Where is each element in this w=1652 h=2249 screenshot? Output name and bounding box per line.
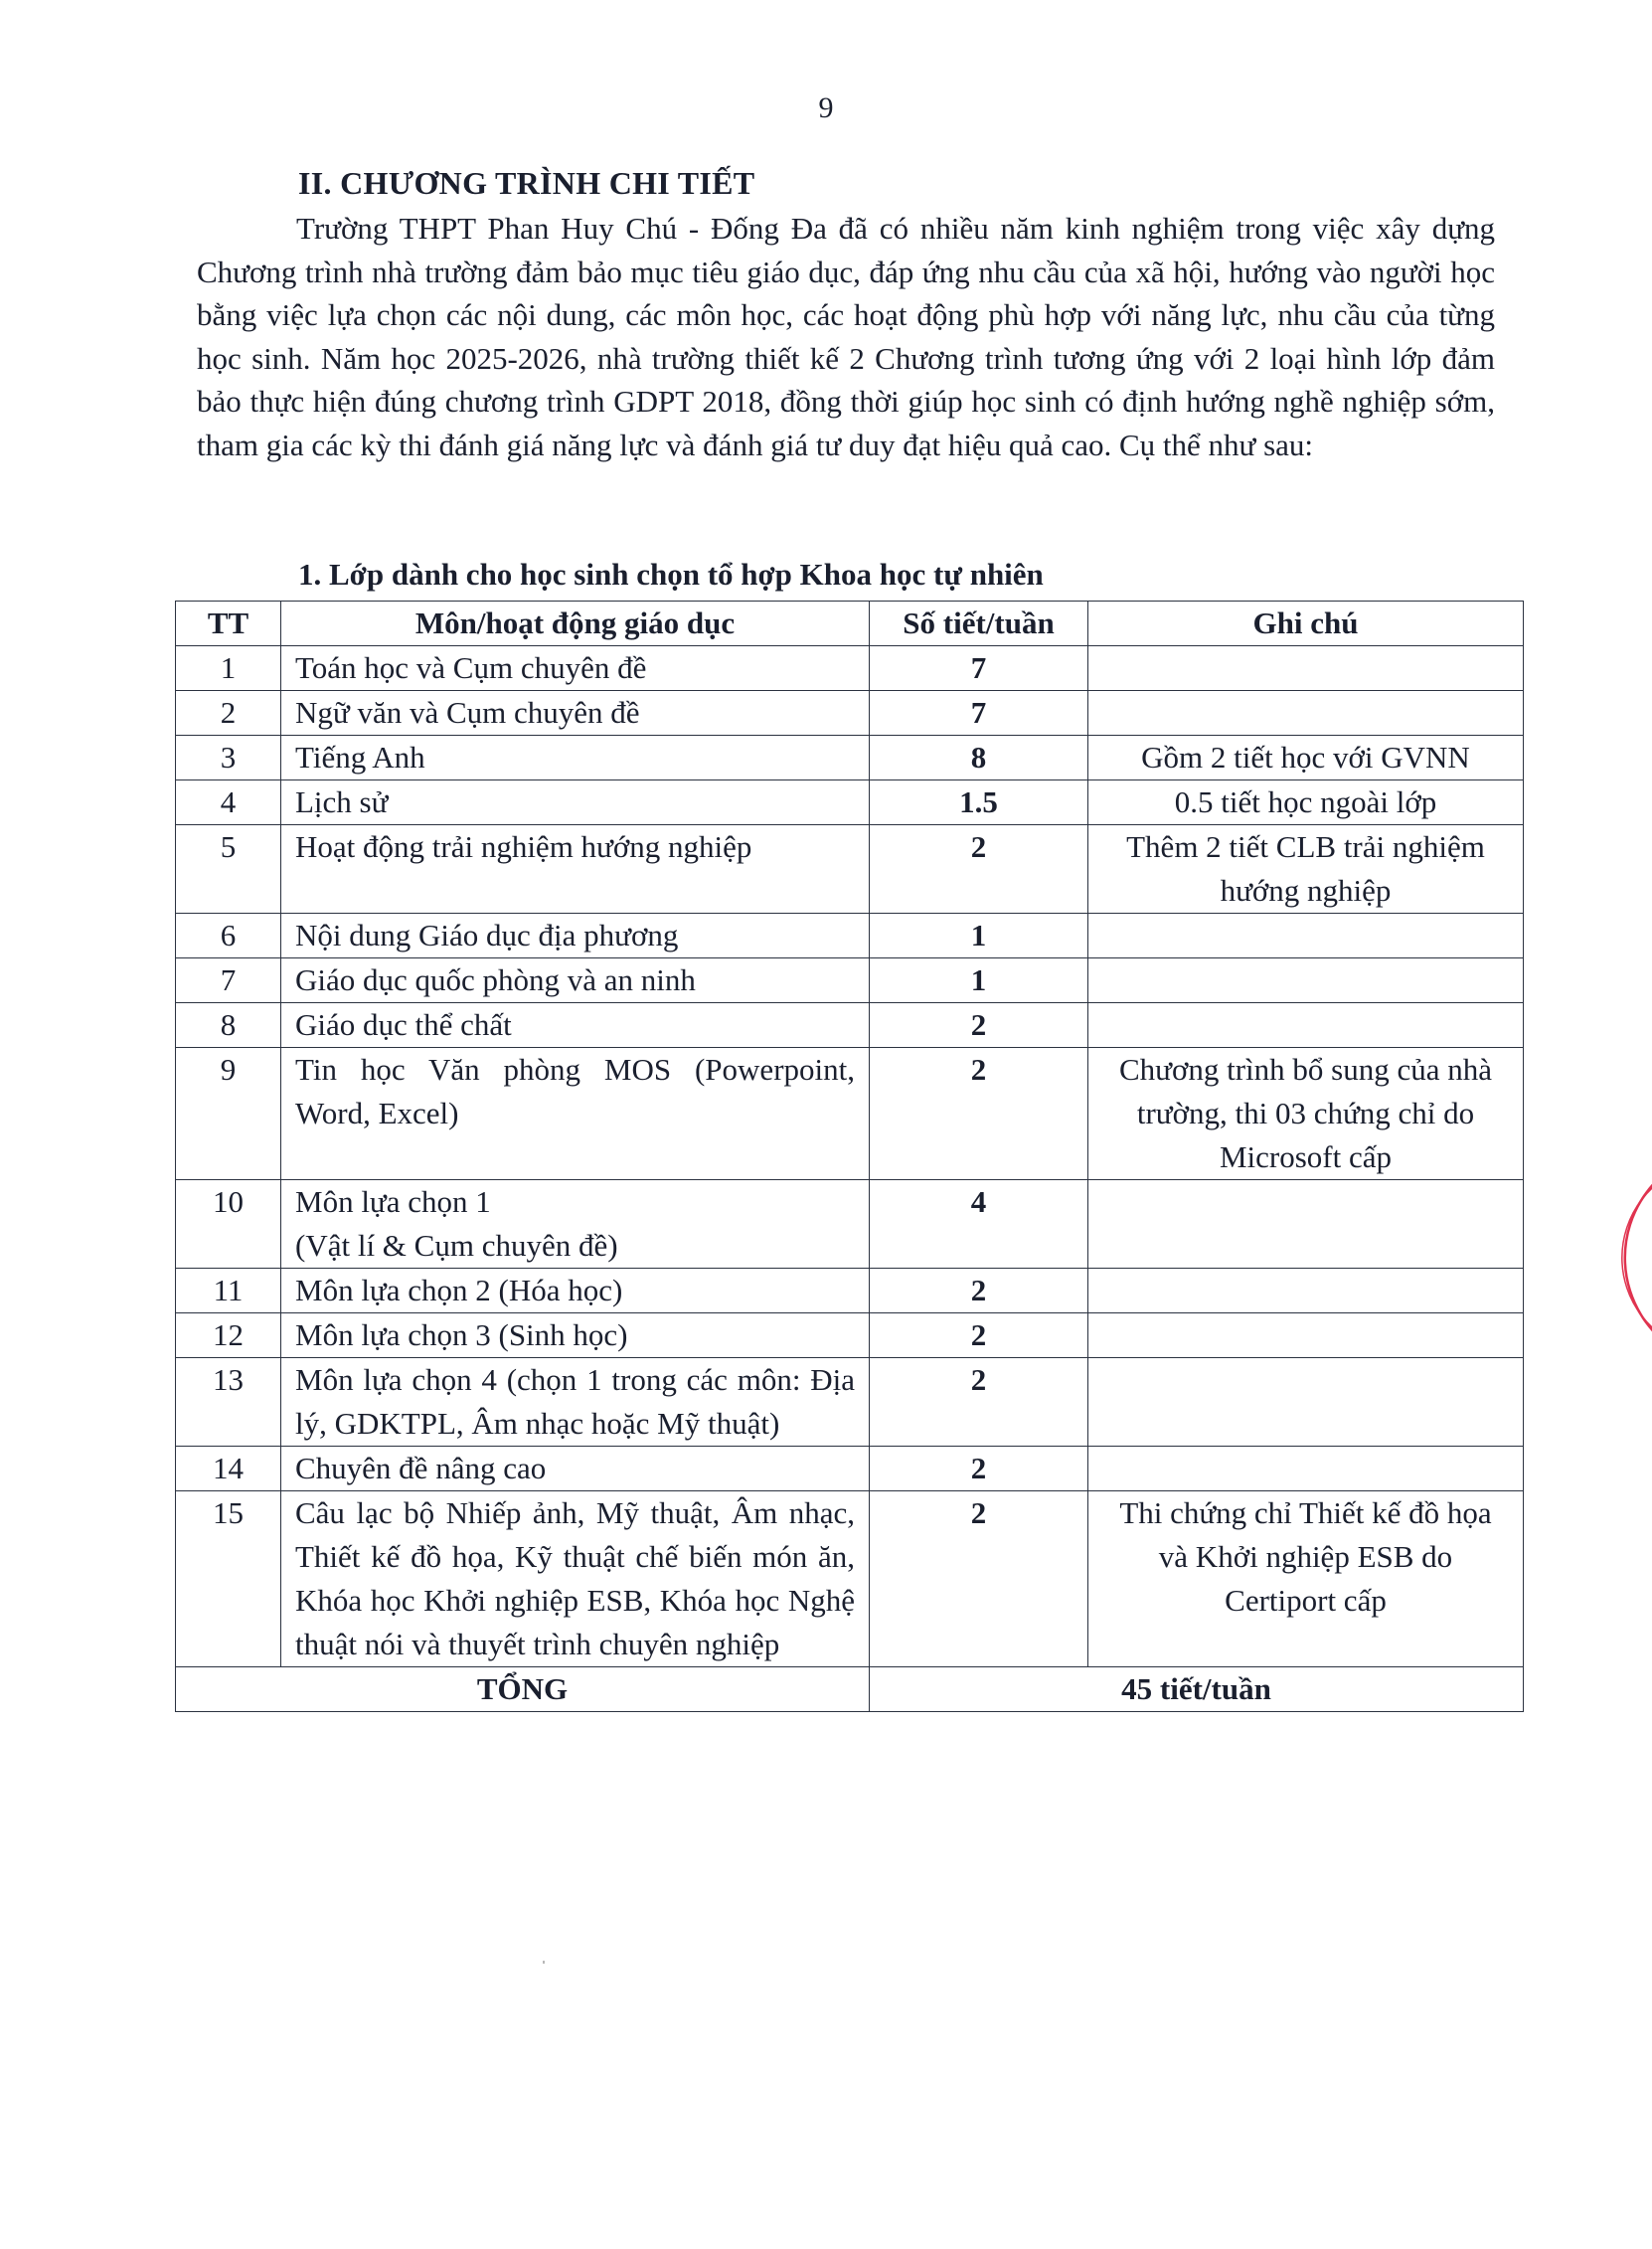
row-note: Gồm 2 tiết học với GVNN <box>1088 736 1524 780</box>
table-row: 14Chuyên đề nâng cao2 <box>176 1447 1524 1491</box>
row-number: 14 <box>176 1447 281 1491</box>
row-periods: 7 <box>870 646 1088 691</box>
row-note: Thêm 2 tiết CLB trải nghiệm hướng nghiệp <box>1088 825 1524 914</box>
row-note <box>1088 958 1524 1003</box>
row-periods: 2 <box>870 1003 1088 1048</box>
table-row: 7Giáo dục quốc phòng và an ninh1 <box>176 958 1524 1003</box>
header-tt: TT <box>176 602 281 646</box>
row-periods: 8 <box>870 736 1088 780</box>
intro-paragraph: Trường THPT Phan Huy Chú - Đống Đa đã có… <box>197 207 1495 466</box>
total-label: TỔNG <box>176 1667 870 1712</box>
row-periods: 2 <box>870 1269 1088 1313</box>
row-subject: Giáo dục thể chất <box>281 1003 870 1048</box>
row-note: Chương trình bổ sung của nhà trường, thi… <box>1088 1048 1524 1180</box>
scan-speck <box>543 1961 545 1964</box>
row-number: 6 <box>176 914 281 958</box>
table-caption: 1. Lớp dành cho học sinh chọn tổ hợp Kho… <box>298 557 1044 593</box>
curriculum-table: TT Môn/hoạt động giáo dục Số tiết/tuần G… <box>175 601 1524 1712</box>
row-subject: Môn lựa chọn 2 (Hóa học) <box>281 1269 870 1313</box>
row-note <box>1088 1447 1524 1491</box>
row-note: Thi chứng chỉ Thiết kế đồ họa và Khởi ng… <box>1088 1491 1524 1667</box>
table-row: 10Môn lựa chọn 1(Vật lí & Cụm chuyên đề)… <box>176 1180 1524 1269</box>
row-periods: 7 <box>870 691 1088 736</box>
row-subject: Câu lạc bộ Nhiếp ảnh, Mỹ thuật, Âm nhạc,… <box>281 1491 870 1667</box>
header-note: Ghi chú <box>1088 602 1524 646</box>
row-periods: 2 <box>870 1447 1088 1491</box>
table-row: 12Môn lựa chọn 3 (Sinh học)2 <box>176 1313 1524 1358</box>
total-value: 45 tiết/tuần <box>870 1667 1524 1712</box>
row-subject: Chuyên đề nâng cao <box>281 1447 870 1491</box>
row-periods: 1 <box>870 914 1088 958</box>
row-subject: Tiếng Anh <box>281 736 870 780</box>
row-subject: Nội dung Giáo dục địa phương <box>281 914 870 958</box>
table-header-row: TT Môn/hoạt động giáo dục Số tiết/tuần G… <box>176 602 1524 646</box>
row-subject: Giáo dục quốc phòng và an ninh <box>281 958 870 1003</box>
row-subject: Môn lựa chọn 3 (Sinh học) <box>281 1313 870 1358</box>
row-note <box>1088 691 1524 736</box>
table-row: 2Ngữ văn và Cụm chuyên đề7 <box>176 691 1524 736</box>
header-subject: Môn/hoạt động giáo dục <box>281 602 870 646</box>
table-row: 11Môn lựa chọn 2 (Hóa học)2 <box>176 1269 1524 1313</box>
table-row: 15Câu lạc bộ Nhiếp ảnh, Mỹ thuật, Âm nhạ… <box>176 1491 1524 1667</box>
total-row: TỔNG 45 tiết/tuần <box>176 1667 1524 1712</box>
red-stamp-icon: HÀ N PHU HÀ <box>1602 1143 1652 1372</box>
row-periods: 2 <box>870 1048 1088 1180</box>
table-row: 13Môn lựa chọn 4 (chọn 1 trong các môn: … <box>176 1358 1524 1447</box>
row-periods: 2 <box>870 1313 1088 1358</box>
row-number: 5 <box>176 825 281 914</box>
row-note <box>1088 1313 1524 1358</box>
row-note <box>1088 1180 1524 1269</box>
row-subject: Toán học và Cụm chuyên đề <box>281 646 870 691</box>
row-subject: Ngữ văn và Cụm chuyên đề <box>281 691 870 736</box>
row-periods: 4 <box>870 1180 1088 1269</box>
row-note <box>1088 1269 1524 1313</box>
row-number: 11 <box>176 1269 281 1313</box>
row-note <box>1088 646 1524 691</box>
table-row: 4Lịch sử1.50.5 tiết học ngoài lớp <box>176 780 1524 825</box>
table-row: 6Nội dung Giáo dục địa phương1 <box>176 914 1524 958</box>
page-number: 9 <box>0 91 1652 125</box>
section-title: II. CHƯƠNG TRÌNH CHI TIẾT <box>298 165 754 202</box>
row-note <box>1088 1358 1524 1447</box>
row-number: 4 <box>176 780 281 825</box>
row-subject: Hoạt động trải nghiệm hướng nghiệp <box>281 825 870 914</box>
row-subject: Lịch sử <box>281 780 870 825</box>
row-number: 10 <box>176 1180 281 1269</box>
row-periods: 2 <box>870 1358 1088 1447</box>
row-number: 2 <box>176 691 281 736</box>
row-note <box>1088 914 1524 958</box>
row-number: 15 <box>176 1491 281 1667</box>
row-number: 3 <box>176 736 281 780</box>
row-note: 0.5 tiết học ngoài lớp <box>1088 780 1524 825</box>
row-subject: Tin học Văn phòng MOS (Powerpoint, Word,… <box>281 1048 870 1180</box>
row-number: 12 <box>176 1313 281 1358</box>
row-subject: Môn lựa chọn 1(Vật lí & Cụm chuyên đề) <box>281 1180 870 1269</box>
row-note <box>1088 1003 1524 1048</box>
row-number: 7 <box>176 958 281 1003</box>
table-row: 5Hoạt động trải nghiệm hướng nghiệp2Thêm… <box>176 825 1524 914</box>
table-row: 3Tiếng Anh8Gồm 2 tiết học với GVNN <box>176 736 1524 780</box>
row-subject: Môn lựa chọn 4 (chọn 1 trong các môn: Đị… <box>281 1358 870 1447</box>
table-row: 9Tin học Văn phòng MOS (Powerpoint, Word… <box>176 1048 1524 1180</box>
row-periods: 1 <box>870 958 1088 1003</box>
header-periods: Số tiết/tuần <box>870 602 1088 646</box>
row-periods: 1.5 <box>870 780 1088 825</box>
row-number: 8 <box>176 1003 281 1048</box>
table-row: 8Giáo dục thể chất2 <box>176 1003 1524 1048</box>
row-periods: 2 <box>870 825 1088 914</box>
row-number: 13 <box>176 1358 281 1447</box>
row-number: 1 <box>176 646 281 691</box>
table-body: 1Toán học và Cụm chuyên đề72Ngữ văn và C… <box>176 646 1524 1667</box>
row-periods: 2 <box>870 1491 1088 1667</box>
table-row: 1Toán học và Cụm chuyên đề7 <box>176 646 1524 691</box>
row-number: 9 <box>176 1048 281 1180</box>
